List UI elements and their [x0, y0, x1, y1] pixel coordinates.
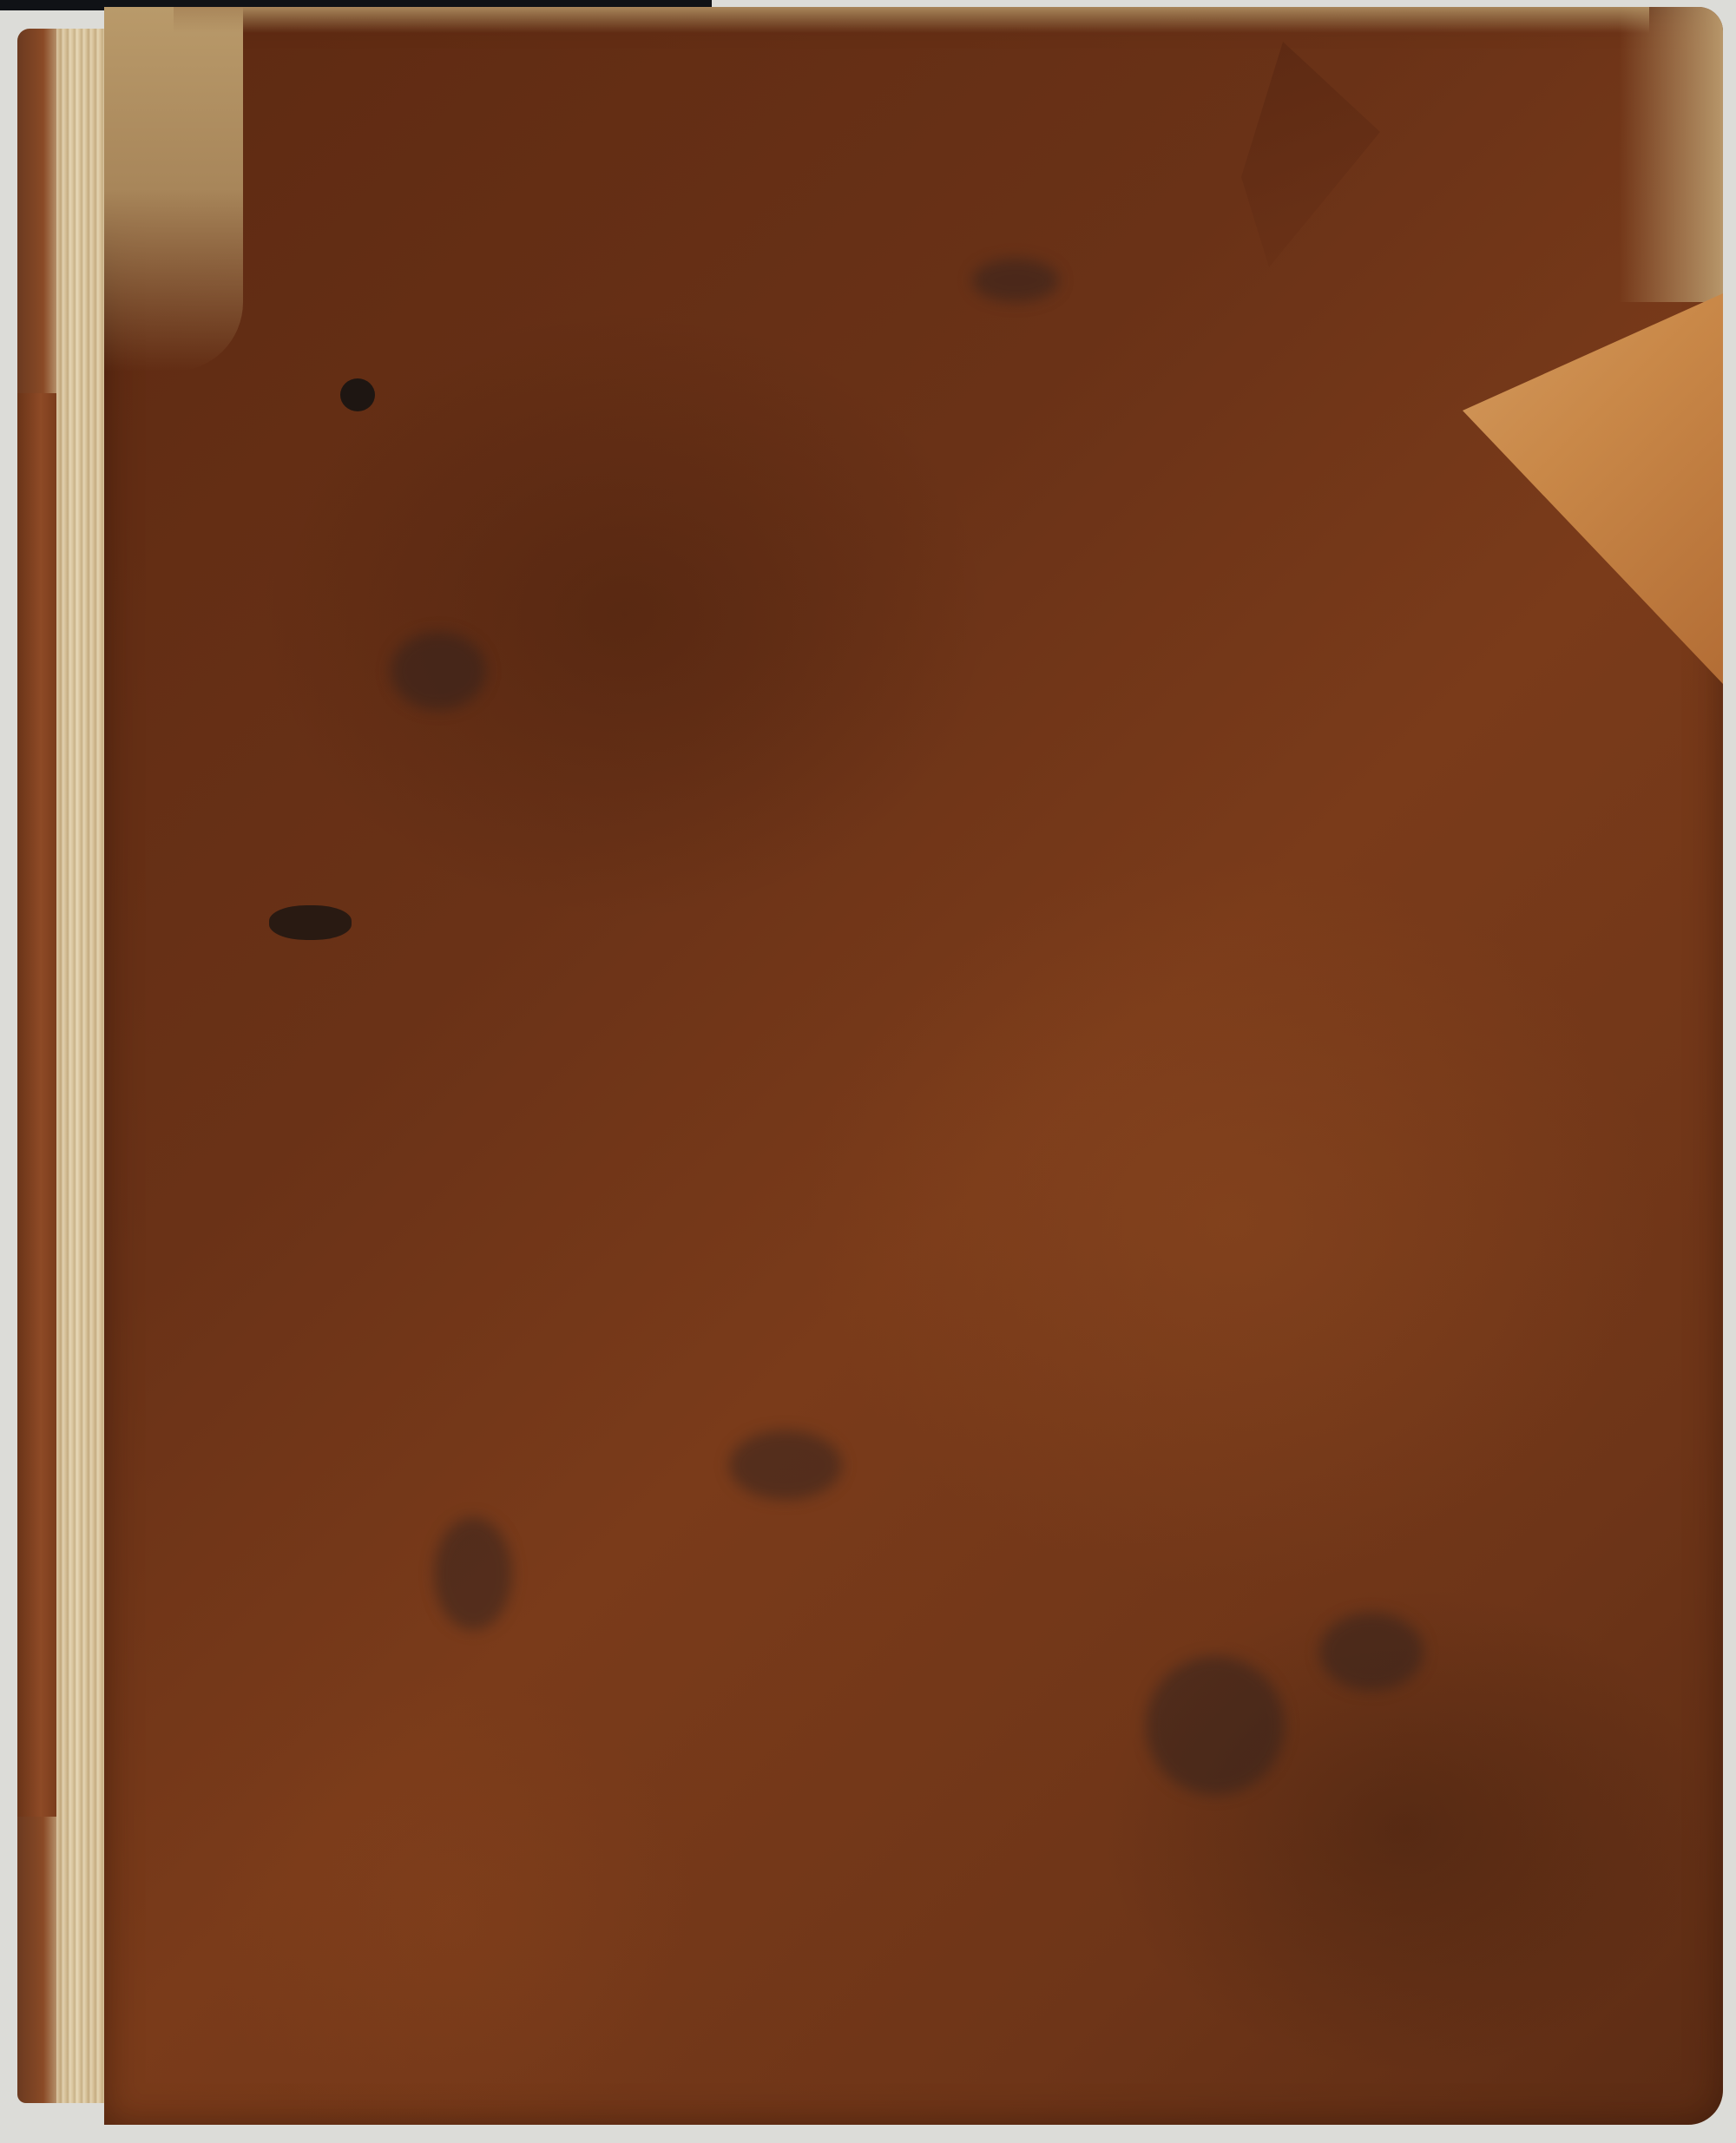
stain-blotch [434, 1517, 512, 1630]
stain-blotch [391, 632, 486, 710]
stain-blotch [729, 1430, 842, 1500]
stain-blotch [1319, 1613, 1424, 1691]
spine-exposed-paper [56, 29, 108, 2103]
exposed-corner-patch [1463, 293, 1723, 684]
book-cover [104, 7, 1723, 2125]
worn-corner-top-left [104, 7, 243, 371]
spine-leather [17, 393, 56, 1817]
stain-blotch [972, 259, 1059, 302]
ink-stain [269, 905, 352, 940]
worn-corner-top-right [1619, 7, 1723, 302]
stain-blotch [1146, 1656, 1285, 1795]
leather-fold [1241, 42, 1380, 267]
ink-stain [340, 378, 375, 411]
worn-edge-top [174, 7, 1649, 33]
book [17, 7, 1723, 2125]
